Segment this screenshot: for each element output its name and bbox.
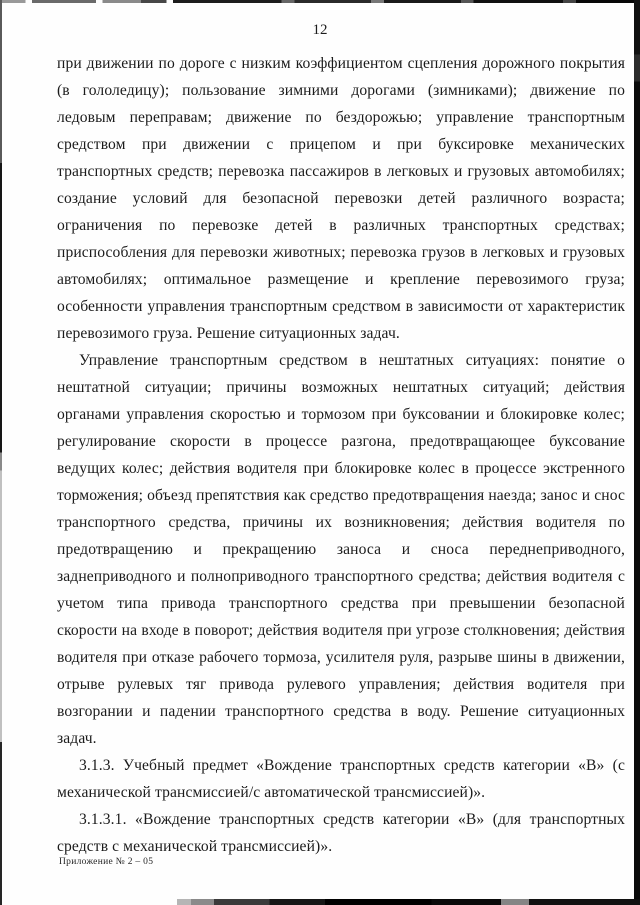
scan-artifact-top-edge bbox=[0, 0, 640, 3]
page-number: 12 bbox=[0, 22, 640, 39]
paragraph-emergency-situations: Управление транспортным средством в нешт… bbox=[57, 347, 625, 752]
scan-artifact-bottom-edge bbox=[177, 899, 640, 905]
scan-artifact-right-edge bbox=[634, 0, 640, 905]
paragraph-continued-topics: при движении по дороге с низким коэффици… bbox=[57, 50, 625, 347]
scanned-document-page: 12 при движении по дороге с низким коэфф… bbox=[0, 0, 640, 905]
scan-artifact-left-edge bbox=[0, 0, 2, 905]
paragraph-section-3-1-3-1: 3.1.3.1. «Вождение транспортных средств … bbox=[57, 806, 625, 860]
paragraph-section-3-1-3: 3.1.3. Учебный предмет «Вождение транспо… bbox=[57, 752, 625, 806]
footer-annex-label: Приложение № 2 – 05 bbox=[59, 857, 153, 867]
document-body: при движении по дороге с низким коэффици… bbox=[57, 50, 625, 860]
